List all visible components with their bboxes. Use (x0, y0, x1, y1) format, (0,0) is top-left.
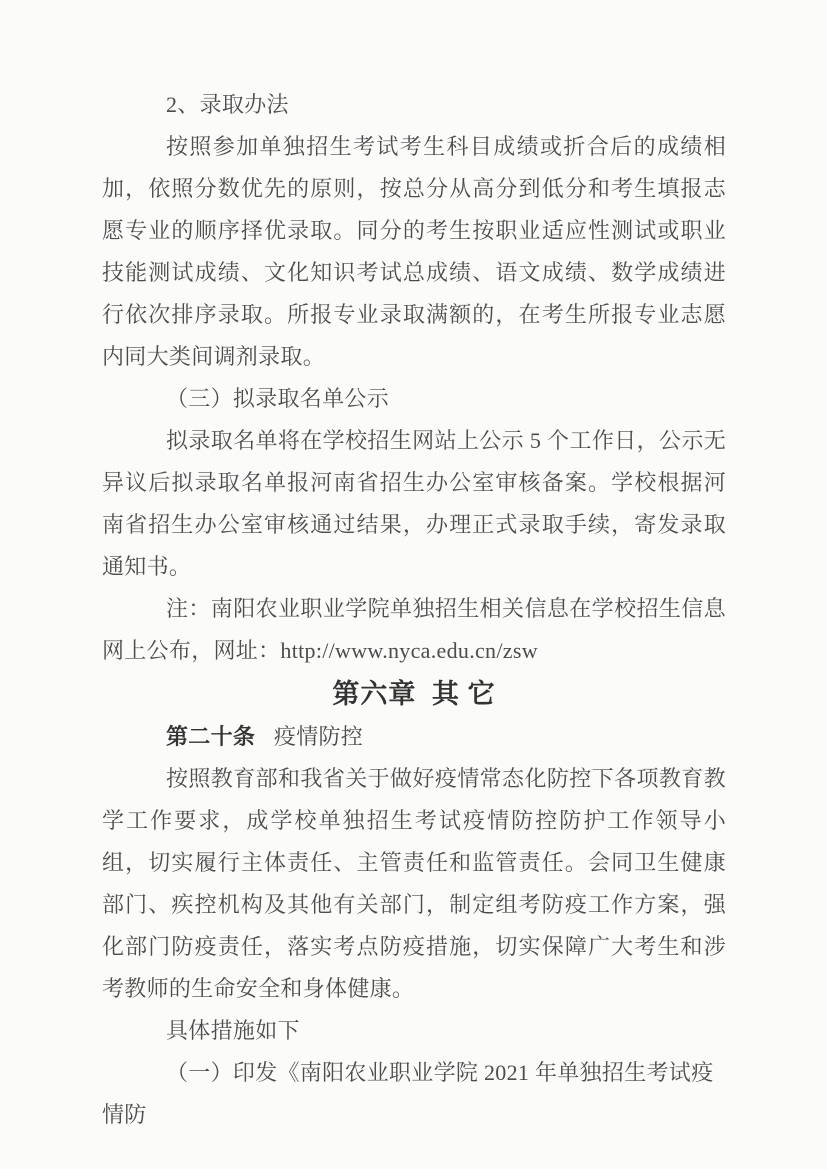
article-twenty-title: 疫情防控 (274, 724, 363, 749)
paragraph-article-twenty: 第二十条疫情防控 (102, 716, 726, 758)
paragraph-measure-one: （一）印发《南阳农业职业学院 2021 年单独招生考试疫情防 (102, 1052, 726, 1136)
document-content: 2、录取办法 按照参加单独招生考试考生科目成绩或折合后的成绩相加，依照分数优先的… (102, 84, 726, 1136)
paragraph-epidemic-prevention-body: 按照教育部和我省关于做好疫情常态化防控下各项教育教学工作要求，成学校单独招生考试… (102, 758, 726, 1010)
paragraph-proposed-list-publicity-label: （三）拟录取名单公示 (102, 378, 726, 420)
paragraph-admission-method-body: 按照参加单独招生考试考生科目成绩或折合后的成绩相加，依照分数优先的原则，按总分从… (102, 126, 726, 378)
chapter-six-heading: 第六章 其 它 (102, 672, 726, 716)
article-twenty-number: 第二十条 (166, 724, 255, 749)
paragraph-admission-method-label: 2、录取办法 (102, 84, 726, 126)
paragraph-note-website: 注：南阳农业职业学院单独招生相关信息在学校招生信息网上公布，网址：http://… (102, 588, 726, 672)
paragraph-measures-intro: 具体措施如下 (102, 1010, 726, 1052)
paragraph-proposed-list-publicity-body: 拟录取名单将在学校招生网站上公示 5 个工作日，公示无异议后拟录取名单报河南省招… (102, 420, 726, 588)
document-page: 2、录取办法 按照参加单独招生考试考生科目成绩或折合后的成绩相加，依照分数优先的… (0, 0, 827, 1169)
